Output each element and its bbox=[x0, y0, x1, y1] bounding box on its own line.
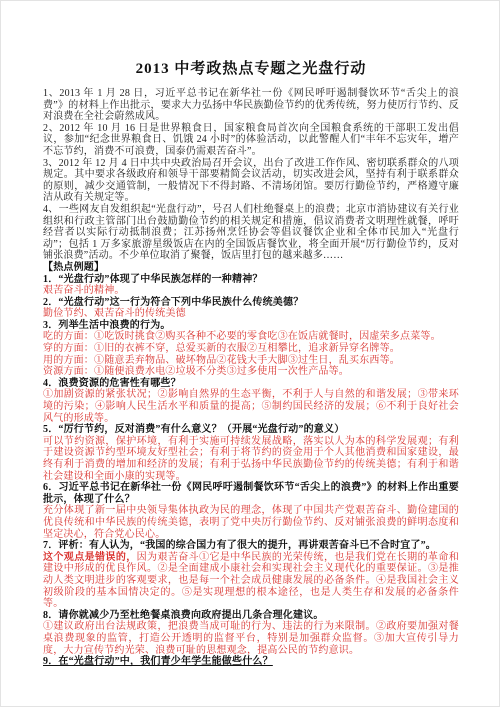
qa-item: 1．“光盘行动”体现了中华民族怎样的一种精神？ 艰苦奋斗的精神。 bbox=[43, 274, 459, 297]
qa-item: 9．在“光盘行动”中，我们青少年学生能做些什么？ bbox=[43, 656, 459, 668]
question-4: 4．浪费资源的危害性有哪些？ bbox=[43, 378, 459, 390]
answer-8: ①建议政府出台法规政策，把浪费当成可耻的行为、违法的行为来限制。②政府要加强对餐… bbox=[43, 621, 459, 656]
answer-5: 可以节约资源，保护环境，有利于实施可持续发展战略，落实以人为本的科学发展观；有利… bbox=[43, 436, 459, 482]
answer-7-emphasis: 这个观点是错误的， bbox=[43, 552, 137, 563]
answer-1: 艰苦奋斗的精神。 bbox=[43, 285, 459, 297]
section-header: 【热点例题】 bbox=[43, 262, 459, 274]
qa-item: 8．请你就减少乃至杜绝餐桌浪费向政府提出几条合理化建议。 ①建议政府出台法规政策… bbox=[43, 610, 459, 656]
question-1: 1．“光盘行动”体现了中华民族怎样的一种精神？ bbox=[43, 274, 459, 286]
qa-item: 2．“光盘行动”这一行为符合下列中华民族什么传统美德？ 勤俭节约、艰苦奋斗的传统… bbox=[43, 297, 459, 320]
answer-7: 这个观点是错误的，因为艰苦奋斗①它是中华民族的光荣传统，也是我们党在长期的革命和… bbox=[43, 552, 459, 610]
qa-item: 4．浪费资源的危害性有哪些？ ①加剧资源的紧张状况；②影响自然界的生态平衡，不利… bbox=[43, 378, 459, 424]
question-2: 2．“光盘行动”这一行为符合下列中华民族什么传统美德？ bbox=[43, 297, 459, 309]
qa-item: 6．习近平总书记在新华社一份《网民呼吁遏制餐饮环节“舌尖上的浪费”》的材料上作出… bbox=[43, 482, 459, 540]
answer-4: ①加剧资源的紧张状况；②影响自然界的生态平衡，不利于人与自然的和谐发展；③带来环… bbox=[43, 389, 459, 424]
question-7: 7．评析：有人认为，“我国的综合国力有了很大的提升，再讲艰苦奋斗已不合时宜了”。 bbox=[43, 540, 459, 552]
material-paragraph-4: 4、一些网友自发组织起“光盘行动”，号召人们杜绝餐桌上的浪费；北京市消协建议有关… bbox=[43, 204, 459, 262]
page-title: 2013 中考政热点专题之光盘行动 bbox=[43, 57, 459, 78]
qa-item: 3．列举生活中浪费的行为。 吃的方面：①吃饭时挑食②购买各种不必要的零食吃③在饭… bbox=[43, 320, 459, 378]
question-6: 6．习近平总书记在新华社一份《网民呼吁遏制餐饮环节“舌尖上的浪费”》的材料上作出… bbox=[43, 482, 459, 505]
answer-6: 充分体现了新一届中央领导集体执政为民的理念，体现了中国共产党艰苦奋斗、勤俭建国的… bbox=[43, 505, 459, 540]
answer-3: 吃的方面：①吃饭时挑食②购买各种不必要的零食吃③在饭店就餐时，因虚荣多点菜等。 … bbox=[43, 331, 459, 377]
question-5: 5．“厉行节约，反对消费”有什么意义？（开展“光盘行动”的意义） bbox=[43, 424, 459, 436]
qa-item: 7．评析：有人认为，“我国的综合国力有了很大的提升，再讲艰苦奋斗已不合时宜了”。… bbox=[43, 540, 459, 610]
material-paragraph-2: 2、2012 年 10 月 16 日是世界粮食日，国家粮食局首次向全国粮食系统的… bbox=[43, 123, 459, 158]
qa-item: 5．“厉行节约，反对消费”有什么意义？（开展“光盘行动”的意义） 可以节约资源，… bbox=[43, 424, 459, 482]
answer-2: 勤俭节约、艰苦奋斗的传统美德 bbox=[43, 308, 459, 320]
material-paragraph-1: 1、2013 年 1 月 28 日，习近平总书记在新华社一份《网民呼吁遏制餐饮环… bbox=[43, 88, 459, 123]
material-paragraph-3: 3、2012 年 12 月 4 日中共中央政治局召开会议，出台了改进工作作风、密… bbox=[43, 158, 459, 204]
document-page: 2013 中考政热点专题之光盘行动 1、2013 年 1 月 28 日，习近平总… bbox=[0, 0, 500, 707]
question-3: 3．列举生活中浪费的行为。 bbox=[43, 320, 459, 332]
question-8: 8．请你就减少乃至杜绝餐桌浪费向政府提出几条合理化建议。 bbox=[43, 610, 459, 622]
question-9: 9．在“光盘行动”中，我们青少年学生能做些什么？ bbox=[43, 656, 459, 668]
